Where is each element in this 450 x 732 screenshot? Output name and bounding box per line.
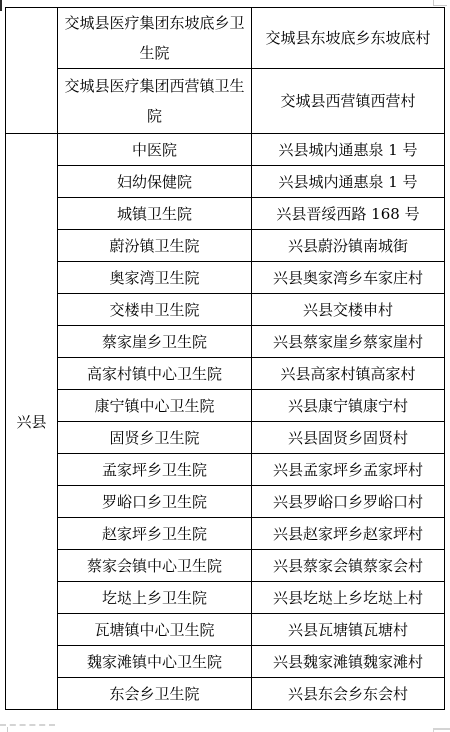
facility-name-cell: 圪垯上乡卫生院 bbox=[58, 582, 252, 614]
table-boundary-mark-top-right bbox=[433, 0, 447, 6]
table-row: 交城县医疗集团东坡底乡卫生院 交城县东坡底乡东坡底村 bbox=[6, 8, 445, 69]
table-row: 魏家滩镇中心卫生院 兴县魏家滩镇魏家滩村 bbox=[6, 646, 445, 678]
table-row: 康宁镇中心卫生院 兴县康宁镇康宁村 bbox=[6, 390, 445, 422]
facility-name-cell: 东会乡卫生院 bbox=[58, 678, 252, 710]
facility-name-cell: 魏家滩镇中心卫生院 bbox=[58, 646, 252, 678]
facility-address-cell: 兴县康宁镇康宁村 bbox=[252, 390, 445, 422]
facility-name-cell: 中医院 bbox=[58, 134, 252, 166]
facility-address-cell: 兴县晋绥西路 168 号 bbox=[252, 198, 445, 230]
table-row: 交楼申卫生院 兴县交楼申村 bbox=[6, 294, 445, 326]
facility-address-cell: 交城县西营镇西营村 bbox=[252, 69, 445, 134]
facility-address-cell: 兴县罗峪口乡罗峪口村 bbox=[252, 486, 445, 518]
facility-name-cell: 奥家湾卫生院 bbox=[58, 262, 252, 294]
table-row: 奥家湾卫生院 兴县奥家湾乡车家庄村 bbox=[6, 262, 445, 294]
facility-address-cell: 兴县魏家滩镇魏家滩村 bbox=[252, 646, 445, 678]
facility-name-cell: 固贤乡卫生院 bbox=[58, 422, 252, 454]
facility-name-cell: 赵家坪乡卫生院 bbox=[58, 518, 252, 550]
facility-address-cell: 交城县东坡底乡东坡底村 bbox=[252, 8, 445, 69]
table-row: 蔚汾镇卫生院 兴县蔚汾镇南城街 bbox=[6, 230, 445, 262]
crop-mark-top-left bbox=[0, 0, 2, 11]
facility-address-cell: 兴县孟家坪乡孟家坪村 bbox=[252, 454, 445, 486]
county-cell-xingxian: 兴县 bbox=[6, 134, 58, 710]
facility-name-cell: 交城县医疗集团西营镇卫生院 bbox=[58, 69, 252, 134]
table-body: 交城县医疗集团东坡底乡卫生院 交城县东坡底乡东坡底村 交城县医疗集团西营镇卫生院… bbox=[6, 8, 445, 710]
facility-name-cell: 蔡家会镇中心卫生院 bbox=[58, 550, 252, 582]
facility-address-cell: 兴县高家村镇高家村 bbox=[252, 358, 445, 390]
facility-name-cell: 交城县医疗集团东坡底乡卫生院 bbox=[58, 8, 252, 69]
health-facility-table: 交城县医疗集团东坡底乡卫生院 交城县东坡底乡东坡底村 交城县医疗集团西营镇卫生院… bbox=[5, 7, 445, 710]
table-row: 圪垯上乡卫生院 兴县圪垯上乡圪垯上村 bbox=[6, 582, 445, 614]
facility-address-cell: 兴县蔡家会镇蔡家会村 bbox=[252, 550, 445, 582]
table-row: 蔡家会镇中心卫生院 兴县蔡家会镇蔡家会村 bbox=[6, 550, 445, 582]
facility-name-cell: 高家村镇中心卫生院 bbox=[58, 358, 252, 390]
facility-address-cell: 兴县赵家坪乡赵家坪村 bbox=[252, 518, 445, 550]
facility-address-cell: 兴县圪垯上乡圪垯上村 bbox=[252, 582, 445, 614]
facility-address-cell: 兴县固贤乡固贤村 bbox=[252, 422, 445, 454]
facility-address-cell: 兴县城内通惠泉 1 号 bbox=[252, 134, 445, 166]
facility-address-cell: 兴县蔡家崖乡蔡家崖村 bbox=[252, 326, 445, 358]
table-row: 蔡家崖乡卫生院 兴县蔡家崖乡蔡家崖村 bbox=[6, 326, 445, 358]
table-row: 妇幼保健院 兴县城内通惠泉 1 号 bbox=[6, 166, 445, 198]
page: 交城县医疗集团东坡底乡卫生院 交城县东坡底乡东坡底村 交城县医疗集团西营镇卫生院… bbox=[0, 0, 450, 732]
facility-name-cell: 孟家坪乡卫生院 bbox=[58, 454, 252, 486]
table-row: 城镇卫生院 兴县晋绥西路 168 号 bbox=[6, 198, 445, 230]
facility-address-cell: 兴县蔚汾镇南城街 bbox=[252, 230, 445, 262]
facility-address-cell: 兴县瓦塘镇瓦塘村 bbox=[252, 614, 445, 646]
facility-name-cell: 妇幼保健院 bbox=[58, 166, 252, 198]
facility-name-cell: 蔚汾镇卫生院 bbox=[58, 230, 252, 262]
county-cell bbox=[6, 8, 58, 134]
facility-address-cell: 兴县交楼申村 bbox=[252, 294, 445, 326]
table-row: 交城县医疗集团西营镇卫生院 交城县西营镇西营村 bbox=[6, 69, 445, 134]
facility-name-cell: 康宁镇中心卫生院 bbox=[58, 390, 252, 422]
table-boundary-mark-bottom-right bbox=[433, 728, 450, 732]
facility-name-cell: 交楼申卫生院 bbox=[58, 294, 252, 326]
table-row: 兴县 中医院 兴县城内通惠泉 1 号 bbox=[6, 134, 445, 166]
facility-name-cell: 城镇卫生院 bbox=[58, 198, 252, 230]
facility-name-cell: 瓦塘镇中心卫生院 bbox=[58, 614, 252, 646]
table-row: 孟家坪乡卫生院 兴县孟家坪乡孟家坪村 bbox=[6, 454, 445, 486]
facility-name-cell: 罗峪口乡卫生院 bbox=[58, 486, 252, 518]
table-row: 瓦塘镇中心卫生院 兴县瓦塘镇瓦塘村 bbox=[6, 614, 445, 646]
table-row: 罗峪口乡卫生院 兴县罗峪口乡罗峪口村 bbox=[6, 486, 445, 518]
page-boundary-dash-bottom-left bbox=[0, 724, 55, 726]
facility-name-cell: 蔡家崖乡卫生院 bbox=[58, 326, 252, 358]
page-boundary-tick-bottom-left bbox=[7, 727, 8, 732]
table-row: 固贤乡卫生院 兴县固贤乡固贤村 bbox=[6, 422, 445, 454]
table-row: 高家村镇中心卫生院 兴县高家村镇高家村 bbox=[6, 358, 445, 390]
table-row: 赵家坪乡卫生院 兴县赵家坪乡赵家坪村 bbox=[6, 518, 445, 550]
table-row: 东会乡卫生院 兴县东会乡东会村 bbox=[6, 678, 445, 710]
facility-address-cell: 兴县东会乡东会村 bbox=[252, 678, 445, 710]
facility-address-cell: 兴县城内通惠泉 1 号 bbox=[252, 166, 445, 198]
facility-address-cell: 兴县奥家湾乡车家庄村 bbox=[252, 262, 445, 294]
